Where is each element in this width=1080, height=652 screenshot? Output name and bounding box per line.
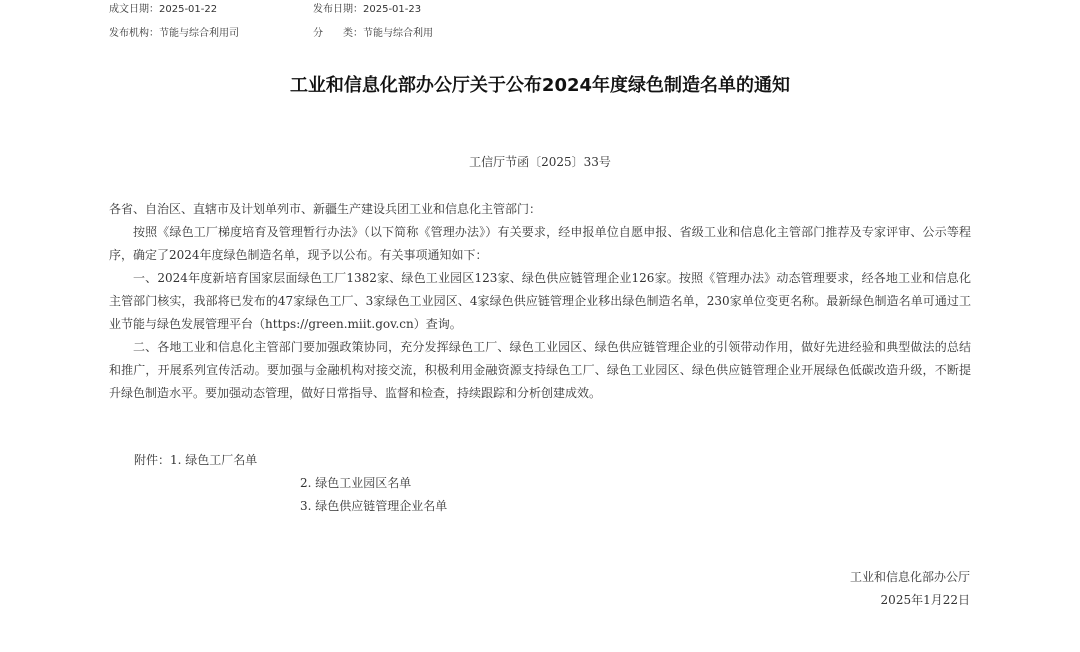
document-number: 工信厅节函〔2025〕33号 <box>0 153 1080 171</box>
paragraph-one: 一、2024年度新培育国家层面绿色工厂1382家、绿色工业园区123家、绿色供应… <box>109 267 971 336</box>
formation-date-label: 成文日期： <box>109 4 159 15</box>
publisher-value: 节能与综合利用司 <box>159 28 239 39</box>
signature-date: 2025年1月22日 <box>850 589 970 612</box>
formation-date: 成文日期：2025-01-22 <box>109 3 217 17</box>
attachment-green-supply-chain-list[interactable]: 3. 绿色供应链管理企业名单 <box>300 495 447 518</box>
publish-date-label: 发布日期： <box>313 4 363 15</box>
attachment-row-2: 2. 绿色工业园区名单 <box>134 472 257 495</box>
attachments-label: 附件： <box>134 449 170 472</box>
category-value: 节能与综合利用 <box>363 28 433 39</box>
salutation: 各省、自治区、直辖市及计划单列市、新疆生产建设兵团工业和信息化主管部门： <box>109 198 971 221</box>
publisher-label: 发布机构： <box>109 28 159 39</box>
attachment-green-factory-list[interactable]: 1. 绿色工厂名单 <box>170 453 257 467</box>
attachment-green-industrial-park-list[interactable]: 2. 绿色工业园区名单 <box>300 472 411 495</box>
attachment-row-3: 3. 绿色供应链管理企业名单 <box>134 495 257 518</box>
attachments: 附件：1. 绿色工厂名单 2. 绿色工业园区名单 3. 绿色供应链管理企业名单 <box>134 449 257 518</box>
signature: 工业和信息化部办公厅 2025年1月22日 <box>850 566 970 612</box>
paragraph-intro: 按照《绿色工厂梯度培育及管理暂行办法》（以下简称《管理办法》）有关要求，经申报单… <box>109 221 971 267</box>
publisher: 发布机构：节能与综合利用司 <box>109 27 239 41</box>
attachment-row-1: 附件：1. 绿色工厂名单 <box>134 449 257 472</box>
publish-date-value: 2025-01-23 <box>363 4 421 15</box>
document-title: 工业和信息化部办公厅关于公布2024年度绿色制造名单的通知 <box>0 73 1080 99</box>
document-body: 各省、自治区、直辖市及计划单列市、新疆生产建设兵团工业和信息化主管部门： 按照《… <box>109 198 971 405</box>
paragraph-two: 二、各地工业和信息化主管部门要加强政策协同，充分发挥绿色工厂、绿色工业园区、绿色… <box>109 336 971 405</box>
publish-date: 发布日期：2025-01-23 <box>313 3 421 17</box>
signature-org: 工业和信息化部办公厅 <box>850 566 970 589</box>
category-label: 分 类： <box>313 28 363 39</box>
category: 分 类：节能与综合利用 <box>313 27 433 41</box>
formation-date-value: 2025-01-22 <box>159 4 217 15</box>
